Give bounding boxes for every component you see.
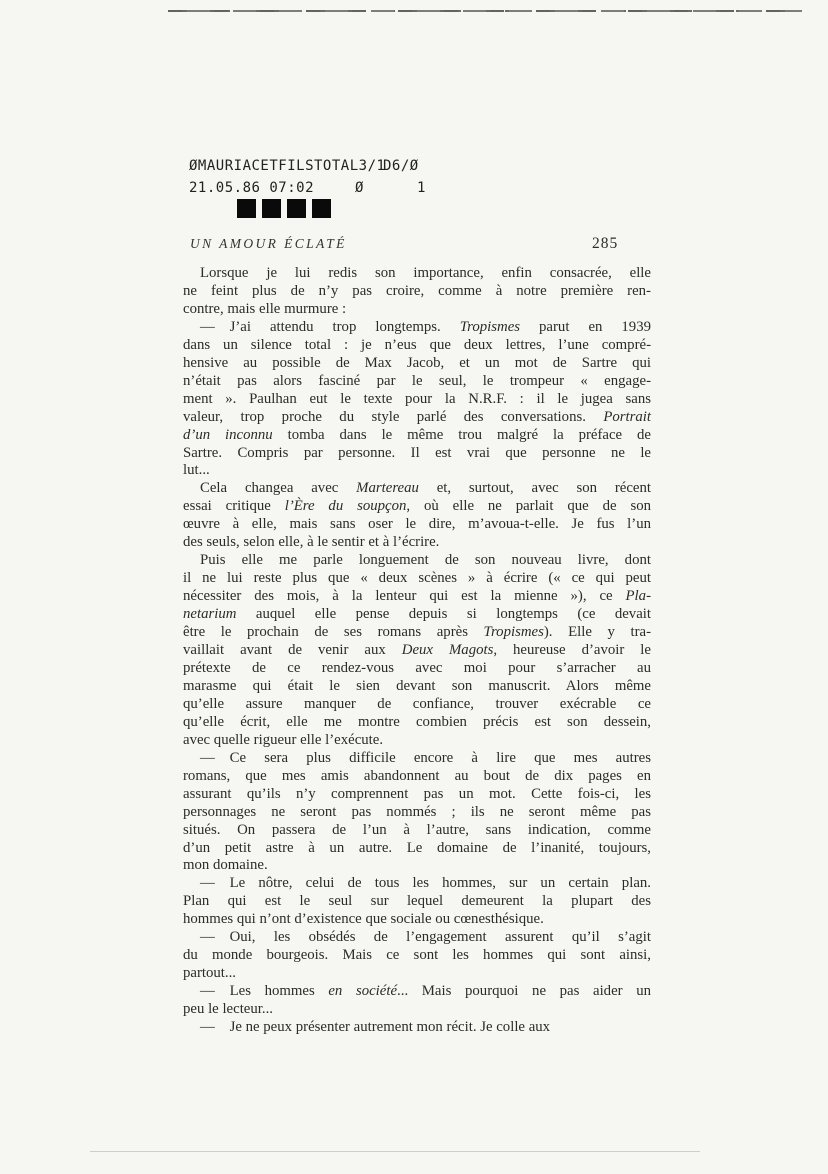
- text-line: œuvre à elle, mais sans oser le dire, m’…: [183, 516, 651, 534]
- paragraph: — Je ne peux présenter autrement mon réc…: [183, 1019, 651, 1037]
- text-line: mon domaine.: [183, 857, 651, 875]
- page-number: 285: [592, 235, 618, 253]
- text-line: contre, mais elle murmure :: [183, 301, 651, 319]
- text-line: vaillait avant de venir aux Deux Magots,…: [183, 642, 651, 660]
- paragraph: — Le nôtre, celui de tous les hommes, su…: [183, 875, 651, 929]
- text-line: du monde bourgeois. Mais ce sont les hom…: [183, 947, 651, 965]
- text-line: prétexte de ce rendez-vous avec moi pour…: [183, 660, 651, 678]
- text-line: Puis elle me parle longuement de son nou…: [183, 552, 651, 570]
- machine-code-line: ØMAURIACETFILSTOTAL3/1: [189, 158, 385, 174]
- text-line: qu’elle assure manquer de confiance, tro…: [183, 696, 651, 714]
- text-line: partout...: [183, 965, 651, 983]
- text-line: — Ce sera plus difficile encore à lire q…: [183, 750, 651, 768]
- machine-code-ref: D6/Ø: [383, 158, 419, 174]
- text-line: situés. On passera de l’un à l’autre, sa…: [183, 822, 651, 840]
- text-line: valeur, trop proche du style parlé des c…: [183, 409, 651, 427]
- text-line: il ne lui reste plus que « deux scènes »…: [183, 570, 651, 588]
- text-line: lut...: [183, 462, 651, 480]
- text-line: hensive au possible de Max Jacob, et un …: [183, 355, 651, 373]
- registration-mark-icon: [237, 199, 256, 218]
- registration-mark-icon: [312, 199, 331, 218]
- text-line: dans un silence total : je n’eus que deu…: [183, 337, 651, 355]
- text-line: ment ». Paulhan eut le texte pour la N.R…: [183, 391, 651, 409]
- text-line: essai critique l’Ère du soupçon, où elle…: [183, 498, 651, 516]
- text-line: ne feint plus de n’y pas croire, comme à…: [183, 283, 651, 301]
- text-line: personnages ne seront pas nommés ; ils n…: [183, 804, 651, 822]
- text-line: des seuls, selon elle, à le sentir et à …: [183, 534, 651, 552]
- text-line: romans, que mes amis abandonnent au bout…: [183, 768, 651, 786]
- text-line: Sartre. Compris par personne. Il est vra…: [183, 445, 651, 463]
- text-line: peu le lecteur...: [183, 1001, 651, 1019]
- text-line: hommes qui n’ont d’existence que sociale…: [183, 911, 651, 929]
- body-text-block: Lorsque je lui redis son importance, enf…: [183, 265, 651, 1037]
- text-line: — Le nôtre, celui de tous les hommes, su…: [183, 875, 651, 893]
- page-bottom-scan-line: [90, 1151, 700, 1152]
- text-line: Plan qui est le seul sur lequel demeuren…: [183, 893, 651, 911]
- registration-mark-icon: [262, 199, 281, 218]
- text-line: netarium auquel elle pense depuis si lon…: [183, 606, 651, 624]
- text-line: — Je ne peux présenter autrement mon réc…: [183, 1019, 651, 1037]
- text-line: d’un inconnu tomba dans le même trou mal…: [183, 427, 651, 445]
- text-line: avec quelle rigueur elle l’exécute.: [183, 732, 651, 750]
- registration-marks-row: [237, 199, 331, 218]
- registration-mark-icon: [287, 199, 306, 218]
- text-line: marasme qui était le sien devant son man…: [183, 678, 651, 696]
- text-line: — Oui, les obsédés de l’engagement assur…: [183, 929, 651, 947]
- text-line: Lorsque je lui redis son importance, enf…: [183, 265, 651, 283]
- running-head-title: UN AMOUR ÉCLATÉ: [190, 236, 347, 252]
- text-line: qu’elle écrit, elle me montre combien pr…: [183, 714, 651, 732]
- text-line: être le prochain de ses romans après Tro…: [183, 624, 651, 642]
- text-line: nécessiter des mois, à la lenteur qui es…: [183, 588, 651, 606]
- paragraph: Puis elle me parle longuement de son nou…: [183, 552, 651, 749]
- text-line: Cela changea avec Martereau et, surtout,…: [183, 480, 651, 498]
- paragraph: — J’ai attendu trop longtemps. Tropismes…: [183, 319, 651, 481]
- paragraph: — Les hommes en société... Mais pourquoi…: [183, 983, 651, 1019]
- paragraph: Lorsque je lui redis son importance, enf…: [183, 265, 651, 319]
- machine-counter-right: 1: [417, 180, 426, 196]
- paragraph: — Ce sera plus difficile encore à lire q…: [183, 750, 651, 876]
- machine-date-time: 21.05.86 07:02: [189, 180, 314, 196]
- text-line: — J’ai attendu trop longtemps. Tropismes…: [183, 319, 651, 337]
- text-line: d’un petit astre à un autre. Le domaine …: [183, 840, 651, 858]
- text-line: assurant qu’ils n’y comprennent pas un m…: [183, 786, 651, 804]
- paragraph: Cela changea avec Martereau et, surtout,…: [183, 480, 651, 552]
- machine-counter-left: Ø: [355, 180, 364, 196]
- text-line: — Les hommes en société... Mais pourquoi…: [183, 983, 651, 1001]
- text-line: n’était pas alors fasciné par le seul, l…: [183, 373, 651, 391]
- paragraph: — Oui, les obsédés de l’engagement assur…: [183, 929, 651, 983]
- page-top-scan-line: [168, 10, 802, 12]
